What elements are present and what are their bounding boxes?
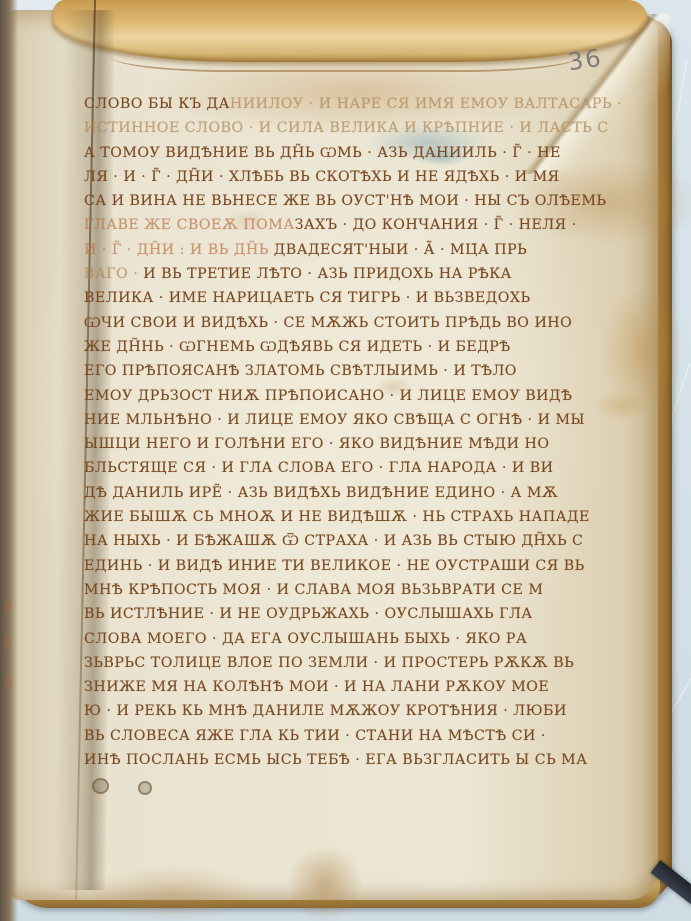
text-line: НА НЫХЬ · И БѢЖАШѪ Ѿ СТРАХА · И АЗЬ ВЬ С… xyxy=(84,529,636,553)
text-segment: ВАГО · xyxy=(84,266,138,282)
text-segment: НИИЛОУ · И НАРЕ СЯ ИМЯ ЕМОУ ВАЛТАСАРЬ · xyxy=(230,96,622,112)
text-segment: ЗАХЪ · ДО КОНЧАНИЯ · Г̃ · НЕЛЯ · xyxy=(295,217,577,233)
text-line: МНѢ КРѢПОСТЬ МОЯ · И СЛАВА МОЯ ВЬЗЬВРАТИ… xyxy=(84,578,636,602)
text-segment: ВЕЛИКА · ИМЕ НАРИЦАЕТЬ СЯ ТИГРЬ · И ВЬЗВ… xyxy=(84,290,531,306)
text-line: Ю · И РЕКЬ КЬ МНѢ ДАНИЛЕ МѪЖОУ КРОТѢНИЯ … xyxy=(84,699,636,723)
text-segment: СЛОВА МОЕГО · ДА ЕГА ОУСЛЫШАНЬ БЫХЬ · ЯК… xyxy=(84,631,527,647)
text-segment: А ТОМОУ ВИДѢНИЕ ВЬ ДН̃Ь ѠМЬ · АЗЬ ДАНИИЛ… xyxy=(84,145,561,161)
text-line: ВЕЛИКА · ИМЕ НАРИЦАЕТЬ СЯ ТИГРЬ · И ВЬЗВ… xyxy=(84,286,636,310)
text-line: ВЬ СЛОВЕСА ЯЖЕ ГЛ̃А КЬ ТИИ · СТАНИ НА МѢ… xyxy=(84,724,636,748)
text-line: НИЕ МЛЬНѢНО · И ЛИЦЕ ЕМОУ ЯКО СВѢЩА С ОГ… xyxy=(84,408,636,432)
text-segment: ДВАДЕСЯТ'НЫИ · А̃ · МЦ̃А ПРЬ xyxy=(274,242,527,258)
text-segment: ЕГО ПРѢПОЯСАНѢ ЗЛАТОМЬ СВѢТЛЫИМЬ · И ТѢЛ… xyxy=(84,363,517,379)
text-segment: СА И ВИНА НЕ ВЬНЕСЕ ЖЕ ВЬ ОУСТ'НѢ МОИ · … xyxy=(84,193,606,209)
top-edge-crease xyxy=(110,40,580,72)
text-line: ЗНИЖЕ МЯ НА КОЛѢНѢ МОИ · И НА ЛАНИ РѪКОУ… xyxy=(84,675,636,699)
text-segment: ДѢ ДАНИЛЬ ИРЕ̃ · АЗЬ ВИДѢХЬ ВИДѢНИЕ ЕДИН… xyxy=(84,485,558,501)
text-segment: НИЕ МЛЬНѢНО · И ЛИЦЕ ЕМОУ ЯКО СВѢЩА С ОГ… xyxy=(84,412,585,428)
text-segment: И ВЬ ТРЕТИЕ ЛѢТО · АЗЬ ПРИДОХЬ НА РѢКА xyxy=(138,266,512,282)
worm-hole xyxy=(138,781,152,795)
text-segment: ИНѢ ПОСЛАНЬ ЕСМЬ ЫСЬ ТЕБѢ · ЕГА ВЬЗГЛАСИ… xyxy=(84,752,587,768)
text-segment: БЛЬСТЯЩЕ СЯ · И ГЛ̃А СЛОВА ЕГО · ГЛ̃А НА… xyxy=(84,460,554,476)
text-segment: МНѢ КРѢПОСТЬ МОЯ · И СЛАВА МОЯ ВЬЗЬВРАТИ… xyxy=(84,582,543,598)
text-line: ЕДИНЬ · И ВИДѢ ИНИЕ ТИ ВЕЛИКОЕ · НЕ ОУСТ… xyxy=(84,554,636,578)
ink-bleed-through xyxy=(0,588,16,708)
text-line: БЛЬСТЯЩЕ СЯ · И ГЛ̃А СЛОВА ЕГО · ГЛ̃А НА… xyxy=(84,456,636,480)
folio-number: 36 xyxy=(566,44,604,77)
text-segment: Ю · И РЕКЬ КЬ МНѢ ДАНИЛЕ МѪЖОУ КРОТѢНИЯ … xyxy=(84,703,567,719)
text-segment: ГЛАВЕ ЖЕ СВОЕѪ ПОМА xyxy=(84,217,295,233)
text-line: А ТОМОУ ВИДѢНИЕ ВЬ ДН̃Ь ѠМЬ · АЗЬ ДАНИИЛ… xyxy=(84,141,636,165)
text-line: ЗЬВРЬС ТОЛИЦЕ ВЛ̃ОЕ ПО ЗЕМЛИ · И ПРОСТЕР… xyxy=(84,651,636,675)
text-segment: ЗНИЖЕ МЯ НА КОЛѢНѢ МОИ · И НА ЛАНИ РѪКОУ… xyxy=(84,679,549,695)
text-line: ГЛАВЕ ЖЕ СВОЕѪ ПОМАЗАХЪ · ДО КОНЧАНИЯ · … xyxy=(84,213,636,237)
text-line: ЖИЕ БЫШѪ СЬ МНОѪ И НЕ ВИДѢШѪ · НЬ СТРАХЬ… xyxy=(84,505,636,529)
text-line: ЛЯ · И · Г̃ · ДН̃И · ХЛѢБЬ ВЬ СКОТѢХЬ И … xyxy=(84,165,636,189)
text-line: ИНѢ ПОСЛАНЬ ЕСМЬ ЫСЬ ТЕБѢ · ЕГА ВЬЗГЛАСИ… xyxy=(84,748,636,772)
text-segment: ВЬ ИСТЛѢНИЕ · И НЕ ОУДРЬЖАХЬ · ОУСЛЫШАХЬ… xyxy=(84,606,533,622)
text-segment: СЛОВО БЫ КЪ ДА xyxy=(84,96,230,112)
manuscript-photo: 36 СЛОВО БЫ КЪ ДАНИИЛОУ · И НАРЕ СЯ ИМЯ … xyxy=(0,0,691,921)
text-line: ЕГО ПРѢПОЯСАНѢ ЗЛАТОМЬ СВѢТЛЫИМЬ · И ТѢЛ… xyxy=(84,359,636,383)
text-segment: ВЬ СЛОВЕСА ЯЖЕ ГЛ̃А КЬ ТИИ · СТАНИ НА МѢ… xyxy=(84,728,546,744)
text-segment: И · Г̃ · ДН̃И : И ВЬ ДН̃Ь xyxy=(84,242,274,258)
text-line: СА И ВИНА НЕ ВЬНЕСЕ ЖЕ ВЬ ОУСТ'НѢ МОИ · … xyxy=(84,189,636,213)
text-line: СЛОВА МОЕГО · ДА ЕГА ОУСЛЫШАНЬ БЫХЬ · ЯК… xyxy=(84,627,636,651)
text-line: ЫШЦИ НЕГО И ГОЛѢНИ ЕГО · ЯКО ВИДѢНИЕ МѢД… xyxy=(84,432,636,456)
text-line: СЛОВО БЫ КЪ ДАНИИЛОУ · И НАРЕ СЯ ИМЯ ЕМО… xyxy=(84,92,636,116)
text-line: ЕМОУ ДРЬЗОСТ НИѪ ПРѢПОИСАНО · И ЛИЦЕ ЕМО… xyxy=(84,384,636,408)
text-line: ВАГО · И ВЬ ТРЕТИЕ ЛѢТО · АЗЬ ПРИДОХЬ НА… xyxy=(84,262,636,286)
worm-hole xyxy=(92,778,109,794)
spine-edge xyxy=(0,0,18,921)
text-segment: ЖЕ ДН̃НЬ · ѠГНЕМЬ ѠДѢЯВЬ СЯ ИДЕТЬ · И БЕ… xyxy=(84,339,511,355)
text-segment: ЛЯ · И · Г̃ · ДН̃И · ХЛѢБЬ ВЬ СКОТѢХЬ И … xyxy=(84,169,560,185)
text-segment: ЕДИНЬ · И ВИДѢ ИНИЕ ТИ ВЕЛИКОЕ · НЕ ОУСТ… xyxy=(84,558,585,574)
text-line: ДѢ ДАНИЛЬ ИРЕ̃ · АЗЬ ВИДѢХЬ ВИДѢНИЕ ЕДИН… xyxy=(84,481,636,505)
manuscript-text-block: СЛОВО БЫ КЪ ДАНИИЛОУ · И НАРЕ СЯ ИМЯ ЕМО… xyxy=(84,92,636,776)
text-segment: ЫШЦИ НЕГО И ГОЛѢНИ ЕГО · ЯКО ВИДѢНИЕ МѢД… xyxy=(84,436,549,452)
text-segment: ЖИЕ БЫШѪ СЬ МНОѪ И НЕ ВИДѢШѪ · НЬ СТРАХЬ… xyxy=(84,509,590,525)
text-line: ѠЧИ СВОИ И ВИДѢХЬ · СЕ МѪЖЬ СТОИТЬ ПРѢДЬ… xyxy=(84,311,636,335)
text-segment: ЗЬВРЬС ТОЛИЦЕ ВЛ̃ОЕ ПО ЗЕМЛИ · И ПРОСТЕР… xyxy=(84,655,574,671)
text-segment: НА НЫХЬ · И БѢЖАШѪ Ѿ СТРАХА · И АЗЬ ВЬ С… xyxy=(84,533,583,549)
text-segment: ИСТИННОЕ СЛОВО · И СИЛА ВЕЛИКА И КРѢПНИЕ… xyxy=(84,120,609,136)
text-segment: ЕМОУ ДРЬЗОСТ НИѪ ПРѢПОИСАНО · И ЛИЦЕ ЕМО… xyxy=(84,388,572,404)
text-line: И · Г̃ · ДН̃И : И ВЬ ДН̃Ь ДВАДЕСЯТ'НЫИ ·… xyxy=(84,238,636,262)
text-line: ЖЕ ДН̃НЬ · ѠГНЕМЬ ѠДѢЯВЬ СЯ ИДЕТЬ · И БЕ… xyxy=(84,335,636,359)
text-line: ИСТИННОЕ СЛОВО · И СИЛА ВЕЛИКА И КРѢПНИЕ… xyxy=(84,116,636,140)
text-line: ВЬ ИСТЛѢНИЕ · И НЕ ОУДРЬЖАХЬ · ОУСЛЫШАХЬ… xyxy=(84,602,636,626)
text-segment: ѠЧИ СВОИ И ВИДѢХЬ · СЕ МѪЖЬ СТОИТЬ ПРѢДЬ… xyxy=(84,315,572,331)
